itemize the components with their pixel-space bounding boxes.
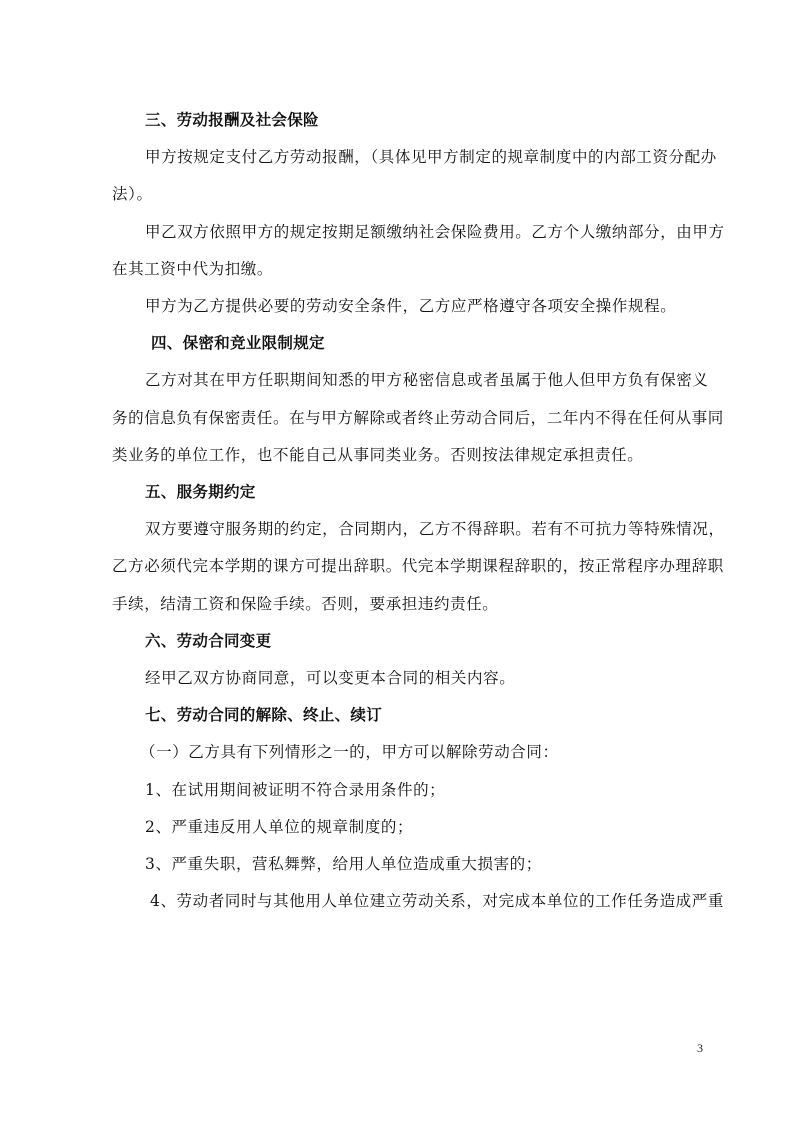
paragraph-line: 2、严重违反用人单位的规章制度的； [145, 817, 413, 837]
paragraph-line: （一）乙方具有下列情形之一的，甲方可以解除劳动合同： [140, 742, 559, 762]
section-heading: 四、保密和竞业限制规定 [151, 333, 325, 353]
paragraph-line: 4、劳动者同时与其他用人单位建立劳动关系，对完成本单位的工作任务造成严重 [150, 891, 724, 911]
paragraph-line: 手续，结清工资和保险手续。否则，要承担违约责任。 [112, 594, 498, 614]
paragraph-line: 经甲乙双方协商同意，可以变更本合同的相关内容。 [145, 668, 515, 688]
paragraph-line: 3、严重失职，营私舞弊，给用人单位造成重大损害的； [145, 854, 542, 874]
section-heading: 六、劳动合同变更 [145, 631, 271, 651]
section-heading: 五、服务期约定 [145, 482, 256, 502]
section-heading: 七、劳动合同的解除、终止、续订 [145, 705, 382, 725]
page-number: 3 [697, 1041, 703, 1056]
paragraph-line: 乙方对其在甲方任职期间知悉的甲方秘密信息或者虽属于他人但甲方负有保密义 [145, 370, 709, 390]
document-page: 三、劳动报酬及社会保险甲方按规定支付乙方劳动报酬，（具体见甲方制定的规章制度中的… [0, 0, 793, 1122]
paragraph-line: 1、在试用期间被证明不符合录用条件的； [145, 780, 445, 800]
paragraph-line: 在其工资中代为扣缴。 [112, 259, 273, 279]
paragraph-line: 法）。 [112, 184, 153, 204]
paragraph-line: 甲方为乙方提供必要的劳动安全条件，乙方应严格遵守各项安全操作规程。 [145, 296, 676, 316]
section-heading: 三、劳动报酬及社会保险 [145, 110, 319, 130]
paragraph-line: 甲乙双方依照甲方的规定按期足额缴纳社会保险费用。乙方个人缴纳部分，由甲方 [145, 222, 725, 242]
paragraph-line: 双方要遵守服务期的约定，合同期内，乙方不得辞职。若有不可抗力等特殊情况， [145, 519, 725, 539]
paragraph-line: 类业务的单位工作，也不能自己从事同类业务。否则按法律规定承担责任。 [112, 445, 643, 465]
paragraph-line: 乙方必须代完本学期的课方可提出辞职。代完本学期课程辞职的，按正常程序办理辞职 [112, 556, 724, 576]
paragraph-line: 务的信息负有保密责任。在与甲方解除或者终止劳动合同后，二年内不得在任何从事同 [112, 408, 724, 428]
paragraph-line: 甲方按规定支付乙方劳动报酬，（具体见甲方制定的规章制度中的内部工资分配办 [145, 147, 717, 167]
